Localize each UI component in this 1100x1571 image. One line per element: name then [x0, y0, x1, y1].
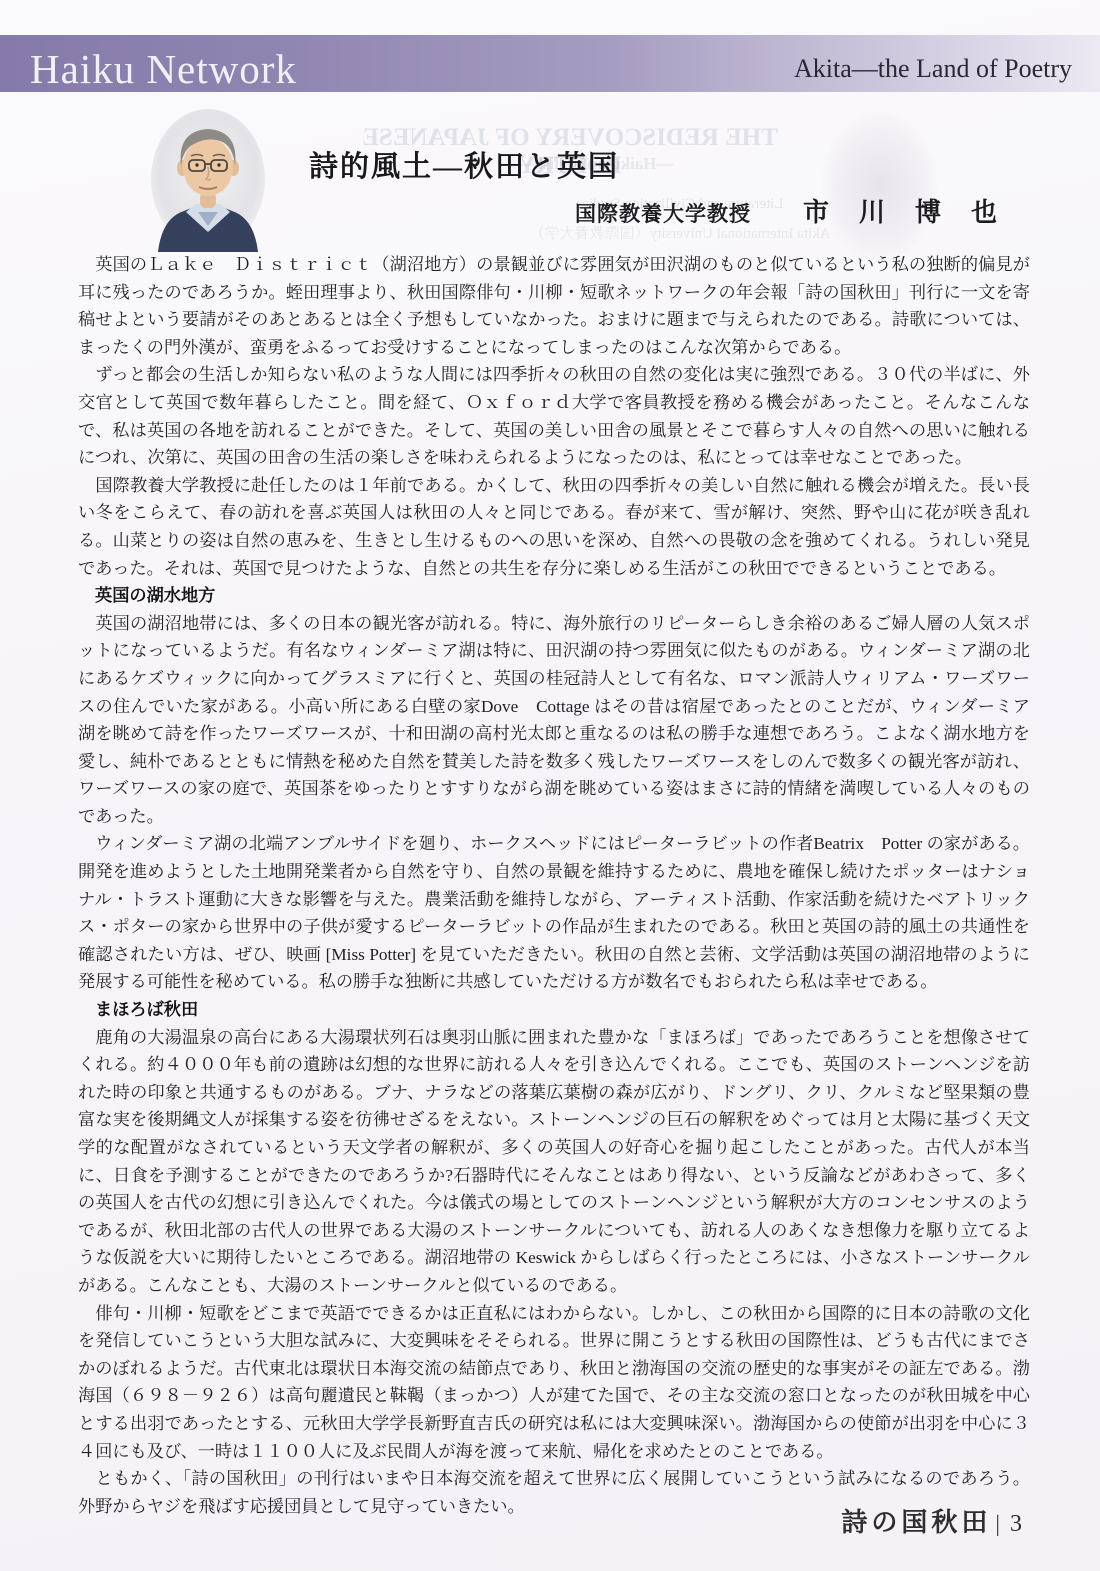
paragraph: 鹿角の大湯温泉の高台にある大湯環状列石は奥羽山脈に囲まれた豊かな「まほろば」であ… [78, 1024, 1030, 1300]
article-body: 英国のＬａｋｅ Ｄｉｓｔｒｉｃｔ（湖沼地方）の景観並びに雰囲気が田沢湖のものと似… [78, 251, 1030, 1520]
author-portrait-illustration [148, 106, 268, 252]
page: THE REDISCOVERY OF JAPANESE POETRY —Haik… [0, 0, 1100, 1571]
paragraph: 英国のＬａｋｅ Ｄｉｓｔｒｉｃｔ（湖沼地方）の景観並びに雰囲気が田沢湖のものと似… [78, 251, 1030, 361]
paragraph: 英国の湖沼地帯には、多くの日本の観光客が訪れる。特に、海外旅行のリピーターらしき… [78, 610, 1030, 831]
article-title: 詩的風土―秋田と英国 [309, 144, 619, 185]
header-right-title: Akita—the Land of Poetry [794, 54, 1072, 84]
footer-journal-title: 詩の国秋田 [841, 1502, 991, 1539]
author-line: 国際教養大学教授 市 川 博 也 [575, 192, 999, 229]
paragraph: ウィンダーミア湖の北端アンブルサイドを廻り、ホークスヘッドにはピーターラビットの… [78, 830, 1030, 996]
author-affiliation: 国際教養大学教授 [575, 198, 751, 228]
section-heading: まほろば秋田 [78, 996, 1030, 1024]
section-heading: 英国の湖水地方 [78, 582, 1030, 610]
paragraph: 俳句・川柳・短歌をどこまで英語でできるかは正直私にはわからない。しかし、この秋田… [78, 1300, 1030, 1466]
page-footer: 詩の国秋田 | 3 [841, 1502, 1022, 1539]
author-photo [148, 106, 268, 252]
bleedthrough-photo [822, 112, 937, 260]
footer-page-number: 3 [1010, 1511, 1022, 1538]
paragraph: ずっと都会の生活しか知らない私のような人間には四季折々の秋田の自然の変化は実に強… [78, 361, 1030, 471]
footer-separator: | [991, 1511, 1010, 1537]
header-bar: Haiku Network Akita—the Land of Poetry [0, 35, 1100, 92]
header-series-title: Haiku Network [30, 47, 297, 92]
paragraph: 国際教養大学教授に赴任したのは１年前である。かくして、秋田の四季折々の美しい自然… [78, 472, 1030, 582]
author-name: 市 川 博 也 [803, 192, 999, 229]
